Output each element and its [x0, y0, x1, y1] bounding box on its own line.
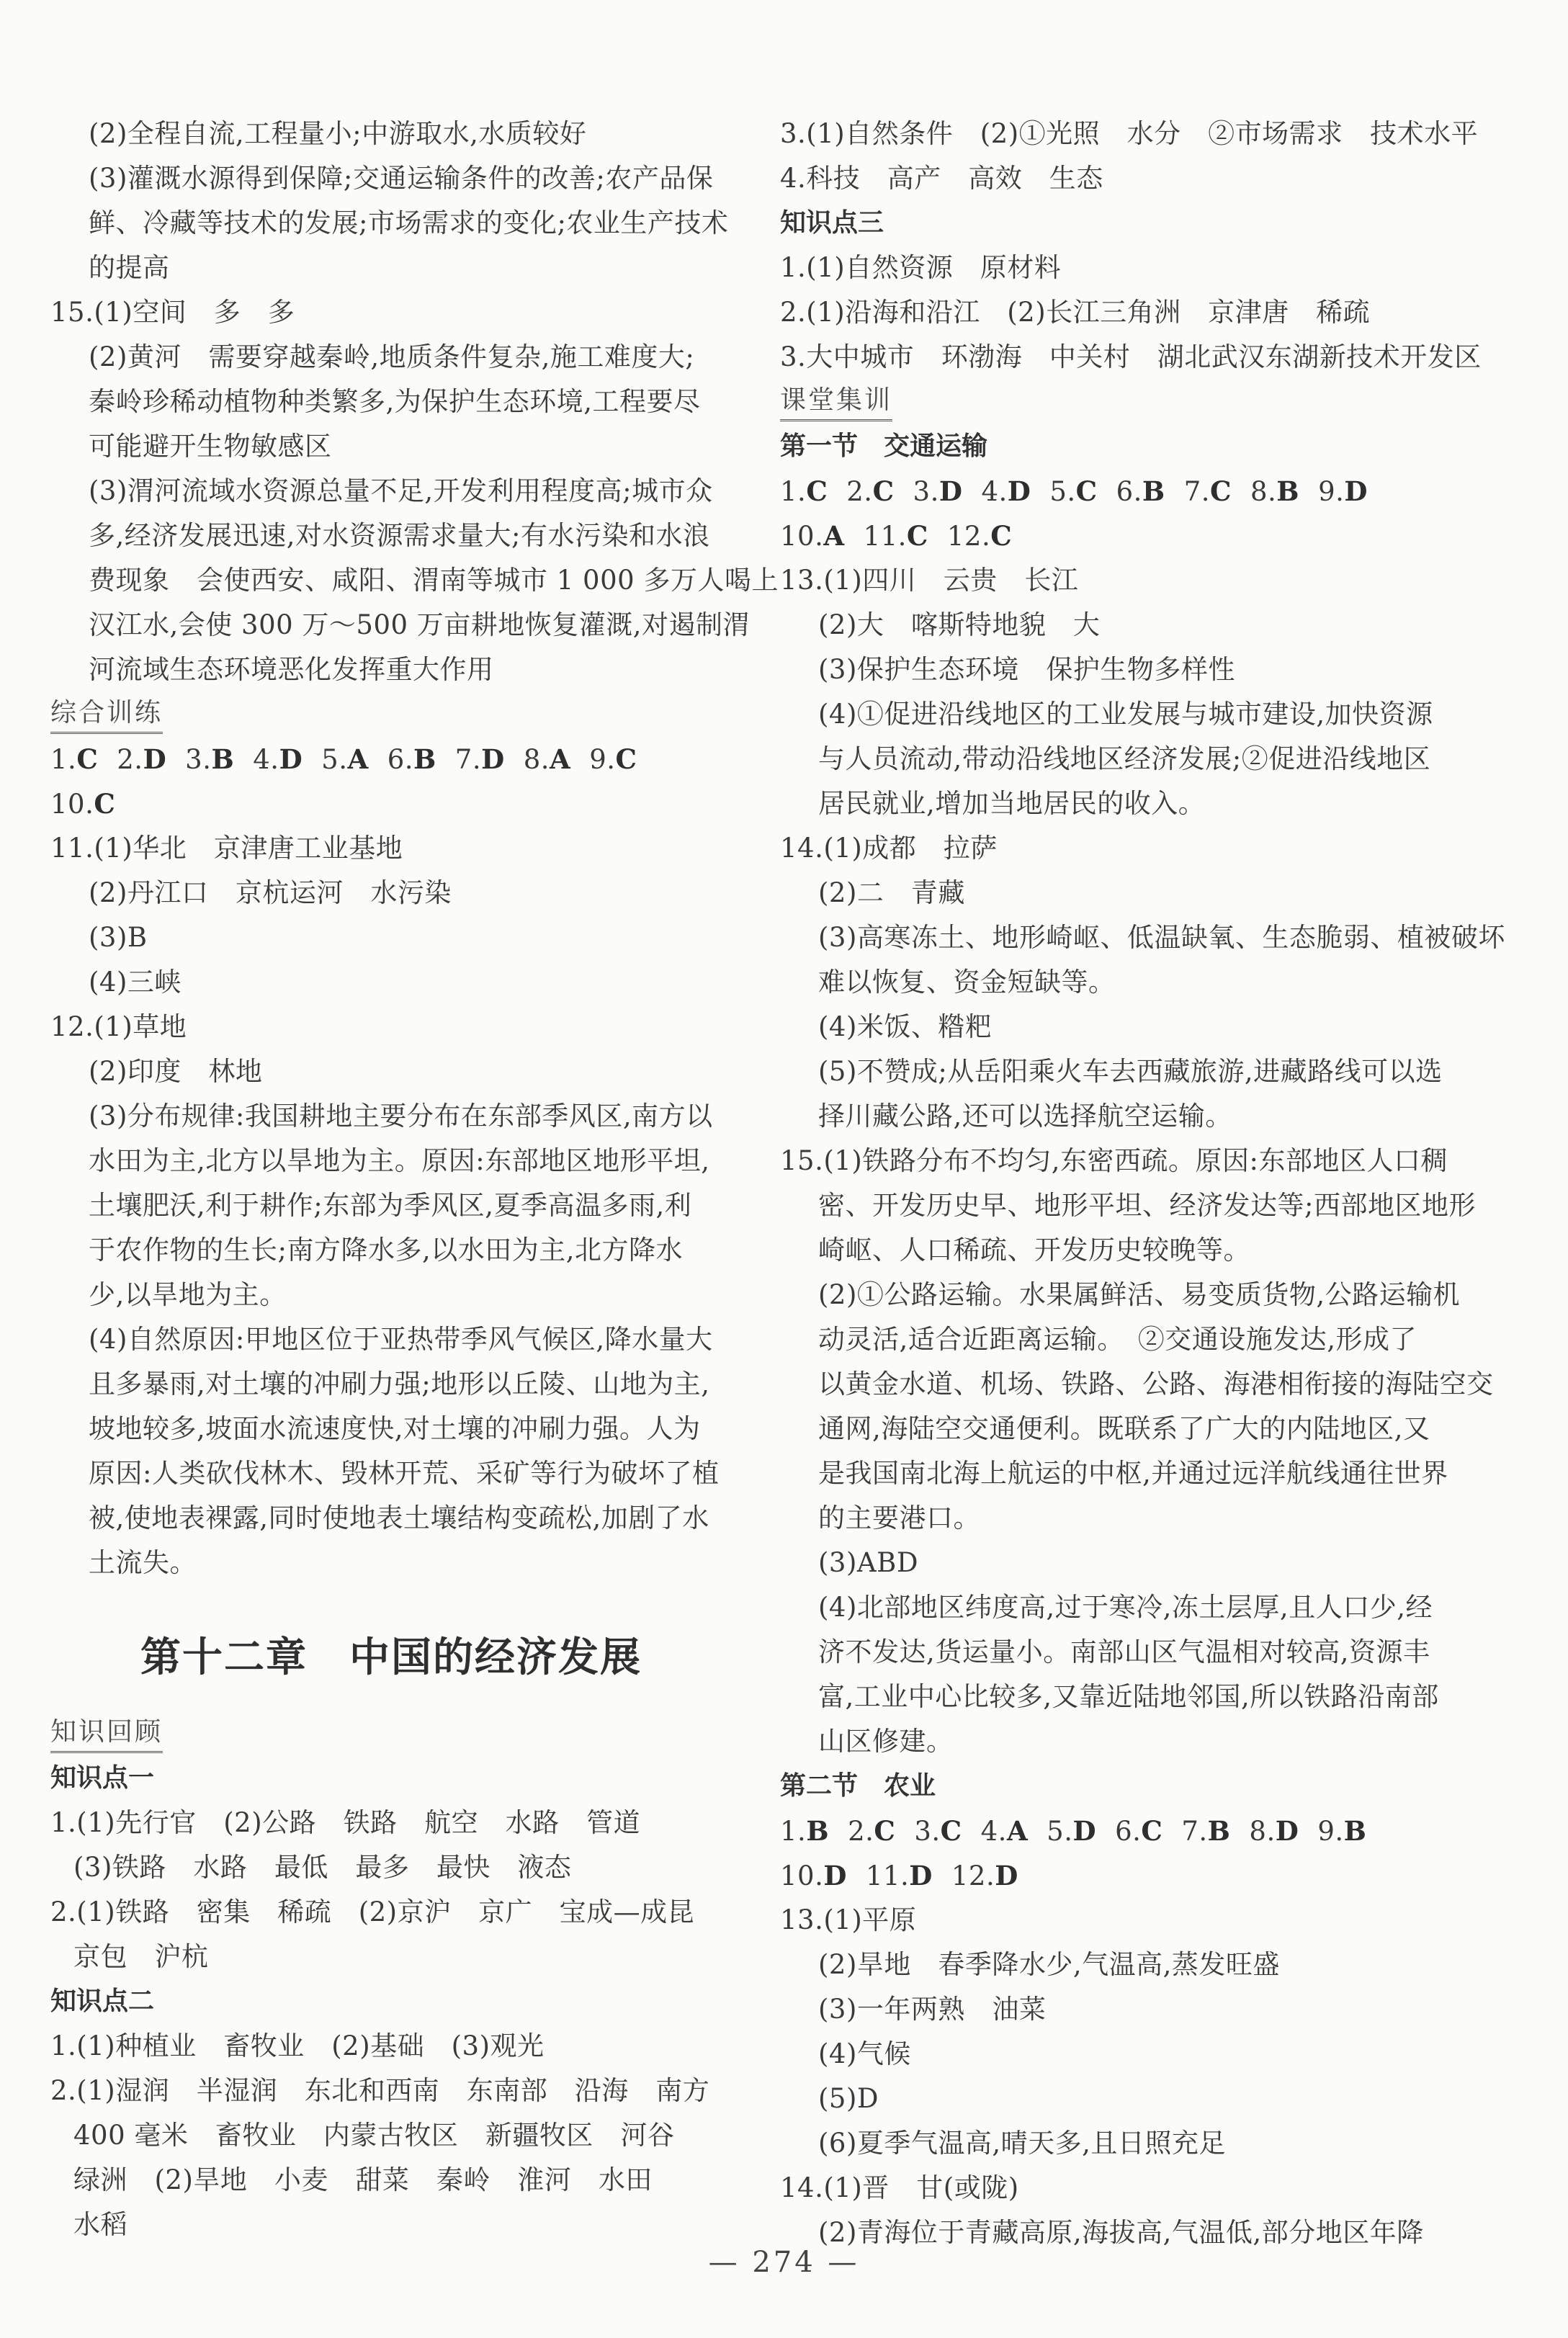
answer-line: (3)ABD [780, 1541, 1471, 1585]
answer-letter: C [94, 788, 115, 820]
question-number: 2. [846, 476, 872, 507]
answer-line: 土壤肥沃,利于耕作;东部为季风区,夏季高温多雨,利 [50, 1183, 727, 1228]
question-number: 12. [947, 521, 990, 552]
answer-line: 的主要港口。 [780, 1496, 1471, 1541]
answer-line: 且多暴雨,对土壤的冲刷力强;地形以丘陵、山地为主, [50, 1362, 727, 1407]
question-number: 7. [455, 744, 481, 775]
question-number: 11. [864, 521, 907, 552]
answer-letter: B [413, 743, 436, 775]
answer-letter: C [1141, 1815, 1162, 1847]
answer-line: 14.(1)成都 拉萨 [780, 826, 1471, 871]
answer-line: 2.(1)铁路 密集 稀疏 (2)京沪 京广 宝成—成昆 [50, 1890, 727, 1935]
section-2-title: 第二节 农业 [780, 1764, 1471, 1809]
answer-line: (3)一年两熟 油菜 [780, 1987, 1471, 2032]
answer-letter: C [1210, 475, 1232, 507]
chapter-title: 第十二章 中国的经济发展 [50, 1603, 727, 1711]
question-number: 4. [253, 744, 279, 775]
section-1-answers: 13.(1)四川 云贵 长江(2)大 喀斯特地貌 大(3)保护生态环境 保护生物… [780, 558, 1471, 1764]
question-number: 8. [1249, 1816, 1275, 1847]
answer-letter: C [941, 1815, 962, 1847]
question-number: 9. [1318, 476, 1344, 507]
answer-line: 难以恢复、资金短缺等。 [780, 960, 1471, 1005]
left-column: (2)全程自流,工程量小;中游取水,水质较好(3)灌溉水源得到保障;交通运输条件… [50, 112, 727, 2247]
question-number: 1. [50, 744, 76, 775]
answer-line: (3)分布规律:我国耕地主要分布在东部季风区,南方以 [50, 1094, 727, 1139]
answer-line: 被,使地表裸露,同时使地表土壤结构变疏松,加剧了水 [50, 1496, 727, 1541]
answer-letter: D [939, 475, 963, 507]
answer-letter: C [907, 520, 928, 552]
section-2-answers: 13.(1)平原(2)旱地 春季降水少,气温高,蒸发旺盛(3)一年两熟 油菜(4… [780, 1898, 1471, 2255]
answer-line: 通网,海陆空交通便利。既联系了广大的内陆地区,又 [780, 1407, 1471, 1451]
answer-letter: C [990, 520, 1012, 552]
knowledge-point-2-answers: 1.(1)种植业 畜牧业 (2)基础 (3)观光2.(1)湿润 半湿润 东北和西… [50, 2024, 727, 2247]
answer-line: 山区修建。 [780, 1719, 1471, 1764]
answer-letter: B [806, 1815, 829, 1847]
answers-block-left-part1: (2)全程自流,工程量小;中游取水,水质较好(3)灌溉水源得到保障;交通运输条件… [50, 112, 727, 692]
question-number: 2. [848, 1816, 874, 1847]
answer-line: 水稻 [50, 2203, 727, 2247]
answer-line: (2)印度 林地 [50, 1049, 727, 1094]
answer-letter: C [616, 743, 637, 775]
answer-line: 的提高 [50, 246, 727, 290]
answer-letter: B [1344, 1815, 1367, 1847]
answer-line: 崎岖、人口稀疏、开发历史较晚等。 [780, 1228, 1471, 1273]
answer-line: 密、开发历史早、地形平坦、经济发达等;西部地区地形 [780, 1183, 1471, 1228]
answer-line: (2)丹江口 京杭运河 水污染 [50, 871, 727, 915]
answer-line: (3)高寒冻土、地形崎岖、低温缺氧、生态脆弱、植被破坏 [780, 915, 1471, 960]
section-1-title: 第一节 交通运输 [780, 424, 1471, 469]
answer-line: 秦岭珍稀动植物种类繁多,为保护生态环境,工程要尽 [50, 380, 727, 424]
answer-line: 14.(1)晋 甘(或陇) [780, 2166, 1471, 2211]
answer-line: (4)三峡 [50, 960, 727, 1005]
question-number: 6. [387, 744, 413, 775]
question-number: 4. [981, 1816, 1007, 1847]
answer-line: (2)黄河 需要穿越秦岭,地质条件复杂,施工难度大; [50, 335, 727, 380]
answer-letter: D [279, 743, 303, 775]
answer-line: (3)B [50, 915, 727, 960]
answer-line: (6)夏季气温高,晴天多,且日照充足 [780, 2121, 1471, 2166]
answer-line: 1.(1)种植业 畜牧业 (2)基础 (3)观光 [50, 2024, 727, 2069]
answer-line: 13.(1)四川 云贵 长江 [780, 558, 1471, 603]
question-number: 6. [1116, 476, 1142, 507]
answer-line: 鲜、冷藏等技术的发展;市场需求的变化;农业生产技术 [50, 201, 727, 246]
answer-line: (2)二 青藏 [780, 871, 1471, 915]
answer-line: 绿洲 (2)旱地 小麦 甜菜 秦岭 淮河 水田 [50, 2158, 727, 2203]
answer-line: (4)北部地区纬度高,过于寒冷,冻土层厚,且人口少,经 [780, 1585, 1471, 1630]
answer-line: (5)不赞成;从岳阳乘火车去西藏旅游,进藏路线可以选 [780, 1049, 1471, 1094]
answer-letter: A [823, 520, 844, 552]
answer-letter: B [211, 743, 234, 775]
answer-line: 少,以旱地为主。 [50, 1273, 727, 1317]
section-heading-class-training: 课堂集训 [780, 380, 1471, 424]
question-number: 1. [780, 1816, 806, 1847]
question-number: 8. [524, 744, 550, 775]
knowledge-point-3-answers: 1.(1)自然资源 原材料2.(1)沿海和沿江 (2)长江三角洲 京津唐 稀疏3… [780, 246, 1471, 380]
question-number: 9. [589, 744, 615, 775]
answer-line: 坡地较多,坡面水流速度快,对土壤的冲刷力强。人为 [50, 1407, 727, 1451]
answer-line: 以黄金水道、机场、铁路、公路、海港相衔接的海陆空交 [780, 1362, 1471, 1407]
answer-line: (3)灌溉水源得到保障;交通运输条件的改善;农产品保 [50, 156, 727, 201]
answer-letter: D [909, 1860, 933, 1891]
question-number: 12. [951, 1860, 995, 1891]
knowledge-point-1-title: 知识点一 [50, 1756, 727, 1801]
question-number: 9. [1317, 1816, 1343, 1847]
mcq-answers-row: 1.B2.C3.C4.A5.D6.C7.B8.D9.B [780, 1809, 1471, 1853]
answer-letter: A [1007, 1815, 1028, 1847]
question-number: 7. [1181, 1816, 1207, 1847]
answer-line: 2.(1)湿润 半湿润 东北和西南 东南部 沿海 南方 [50, 2069, 727, 2113]
question-number: 5. [1049, 476, 1075, 507]
question-number: 8. [1250, 476, 1276, 507]
answer-line: 汉江水,会使 300 万～500 万亩耕地恢复灌溉,对遏制渭 [50, 603, 727, 648]
answer-line: 3.大中城市 环渤海 中关村 湖北武汉东湖新技术开发区 [780, 335, 1471, 380]
question-number: 2. [117, 744, 143, 775]
answer-line: 多,经济发展迅速,对水资源需求量大;有水污染和水浪 [50, 514, 727, 558]
answer-letter: C [806, 475, 828, 507]
question-number: 6. [1115, 1816, 1141, 1847]
answer-letter: D [481, 743, 505, 775]
answer-letter: B [1276, 475, 1299, 507]
answer-line: 原因:人类砍伐林木、毁林开荒、采矿等行为破坏了植 [50, 1451, 727, 1496]
answer-line: 11.(1)华北 京津唐工业基地 [50, 826, 727, 871]
answer-line: 可能避开生物敏感区 [50, 424, 727, 469]
knowledge-point-1-answers: 1.(1)先行官 (2)公路 铁路 航空 水路 管道(3)铁路 水路 最低 最多… [50, 1801, 727, 1979]
answer-line: (2)旱地 春季降水少,气温高,蒸发旺盛 [780, 1943, 1471, 1987]
answer-letter: B [1208, 1815, 1231, 1847]
question-number: 10. [50, 789, 94, 820]
answer-letter: D [143, 743, 167, 775]
answer-line: (2)全程自流,工程量小;中游取水,水质较好 [50, 112, 727, 156]
answer-line: 择川藏公路,还可以选择航空运输。 [780, 1094, 1471, 1139]
answer-line: 是我国南北海上航运的中枢,并通过远洋航线通往世界 [780, 1451, 1471, 1496]
answer-line: (4)自然原因:甲地区位于亚热带季风气候区,降水量大 [50, 1317, 727, 1362]
answer-line: 15.(1)空间 多 多 [50, 290, 727, 335]
right-column: 3.(1)自然条件 (2)①光照 水分 ②市场需求 技术水平4.科技 高产 高效… [780, 112, 1471, 2255]
knowledge-point-2-continued: 3.(1)自然条件 (2)①光照 水分 ②市场需求 技术水平4.科技 高产 高效… [780, 112, 1471, 201]
question-number: 3. [185, 744, 211, 775]
answer-line: 河流域生态环境恶化发挥重大作用 [50, 648, 727, 692]
answer-line: 1.(1)先行官 (2)公路 铁路 航空 水路 管道 [50, 1801, 727, 1845]
answer-line: 动灵活,适合近距离运输。 ②交通设施发达,形成了 [780, 1317, 1471, 1362]
answer-letter: B [1142, 475, 1165, 507]
answer-line: (2)大 喀斯特地貌 大 [780, 603, 1471, 648]
answer-line: 富,工业中心比较多,又靠近陆地邻国,所以铁路沿南部 [780, 1675, 1471, 1719]
answer-letter: D [1008, 475, 1031, 507]
mcq-answers-row: 10.C [50, 781, 727, 826]
section-heading-knowledge-review: 知识回顾 [50, 1711, 727, 1756]
answer-line: (3)渭河流域水资源总量不足,开发利用程度高;城市众 [50, 469, 727, 514]
answer-line: 4.科技 高产 高效 生态 [780, 156, 1471, 201]
answer-line: 于农作物的生长;南方降水多,以水田为主,北方降水 [50, 1228, 727, 1273]
section-heading-comprehensive-training: 综合训练 [50, 692, 727, 737]
answer-line: 水田为主,北方以旱地为主。原因:东部地区地形平坦, [50, 1139, 727, 1183]
answer-letter: C [76, 743, 98, 775]
answer-line: (3)保护生态环境 保护生物多样性 [780, 648, 1471, 692]
answer-letter: C [1076, 475, 1098, 507]
answer-line: 2.(1)沿海和沿江 (2)长江三角洲 京津唐 稀疏 [780, 290, 1471, 335]
question-number: 5. [321, 744, 347, 775]
answer-line: 居民就业,增加当地居民的收入。 [780, 781, 1471, 826]
answer-letter: D [995, 1860, 1018, 1891]
answer-line: 15.(1)铁路分布不均匀,东密西疏。原因:东部地区人口稠 [780, 1139, 1471, 1183]
answer-line: 与人员流动,带动沿线地区经济发展;②促进沿线地区 [780, 737, 1471, 781]
answer-letter: A [347, 743, 368, 775]
question-number: 4. [981, 476, 1007, 507]
answer-letter: C [874, 1815, 895, 1847]
mcq-answers-row: 10.D11.D12.D [780, 1853, 1471, 1898]
question-number: 1. [780, 476, 806, 507]
answer-line: (4)①促进沿线地区的工业发展与城市建设,加快资源 [780, 692, 1471, 737]
question-number: 10. [780, 521, 823, 552]
knowledge-point-2-title: 知识点二 [50, 1979, 727, 2024]
answer-line: (4)气候 [780, 2032, 1471, 2077]
answer-line: 1.(1)自然资源 原材料 [780, 246, 1471, 290]
question-number: 5. [1047, 1816, 1072, 1847]
page-number: — 274 — [0, 2246, 1568, 2279]
question-number: 3. [914, 1816, 940, 1847]
mcq-answers-row: 10.A11.C12.C [780, 514, 1471, 558]
spacer [50, 1585, 727, 1603]
answer-line: 土流失。 [50, 1541, 727, 1585]
answer-line: (2)①公路运输。水果属鲜活、易变质货物,公路运输机 [780, 1273, 1471, 1317]
answer-line: (3)铁路 水路 最低 最多 最快 液态 [50, 1845, 727, 1890]
answer-line: 13.(1)平原 [780, 1898, 1471, 1943]
answer-letter: D [1276, 1815, 1299, 1847]
answer-letter: D [823, 1860, 847, 1891]
answer-line: 济不发达,货运量小。南部山区气温相对较高,资源丰 [780, 1630, 1471, 1675]
answer-line: 12.(1)草地 [50, 1005, 727, 1049]
question-number: 11. [866, 1860, 909, 1891]
answer-letter: D [1344, 475, 1368, 507]
answer-line: (5)D [780, 2077, 1471, 2121]
question-number: 10. [780, 1860, 823, 1891]
mcq-answers-row: 1.C2.C3.D4.D5.C6.B7.C8.B9.D [780, 469, 1471, 514]
answer-line: 400 毫米 畜牧业 内蒙古牧区 新疆牧区 河谷 [50, 2113, 727, 2158]
answer-line: (4)米饭、糌粑 [780, 1005, 1471, 1049]
mcq-answers-row: 1.C2.D3.B4.D5.A6.B7.D8.A9.C [50, 737, 727, 781]
answer-letter: A [550, 743, 570, 775]
knowledge-point-3-title: 知识点三 [780, 201, 1471, 246]
question-number: 3. [913, 476, 939, 507]
answer-letter: C [873, 475, 895, 507]
answer-letter: D [1072, 1815, 1096, 1847]
question-number: 7. [1184, 476, 1210, 507]
answer-line: 费现象 会使西安、咸阳、渭南等城市 1 000 多万人喝上 [50, 558, 727, 603]
answer-line: 京包 沪杭 [50, 1935, 727, 1979]
answer-line: 3.(1)自然条件 (2)①光照 水分 ②市场需求 技术水平 [780, 112, 1471, 156]
answers-block-left-part2: 11.(1)华北 京津唐工业基地(2)丹江口 京杭运河 水污染(3)B(4)三峡… [50, 826, 727, 1585]
